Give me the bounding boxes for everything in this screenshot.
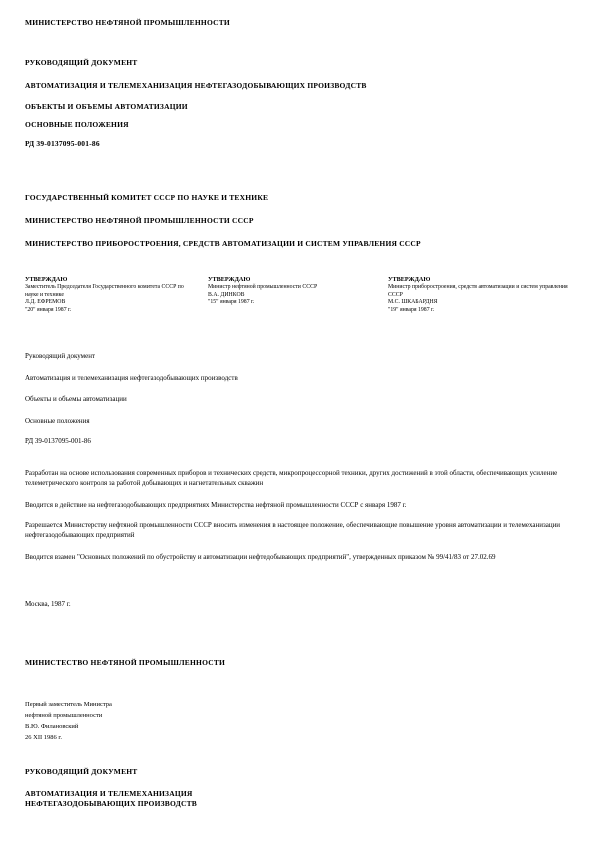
approval-block-instrument-ministry: УТВЕРЖДАЮ Министр приборостроения, средс… <box>388 276 573 314</box>
doc-title: АВТОМАТИЗАЦИЯ И ТЕЛЕМЕХАНИЗАЦИЯ НЕФТЕГАЗ… <box>25 81 573 90</box>
doc-subtitle-objects: ОБЪЕКТЫ И ОБЪЕМЫ АВТОМАТИЗАЦИИ <box>25 102 573 111</box>
footer-doc-type: РУКОВОДЯЩИЙ ДОКУМЕНТ <box>25 767 573 776</box>
approval-signer-name: Л.Д. ЕФРЕМОВ <box>25 299 187 307</box>
approval-signer-name: В.А. ДИНКОВ <box>208 292 380 300</box>
organization-state-committee: ГОСУДАРСТВЕННЫЙ КОМИТЕТ СССР ПО НАУКЕ И … <box>25 193 573 202</box>
doc-block-provisions: Основные положения <box>25 416 573 426</box>
approval-heading: УТВЕРЖДАЮ <box>388 276 573 284</box>
ministry-section-heading: МИНИСТЕСТВО НЕФТЯНОЙ ПРОМЫШЛЕННОСТИ <box>25 658 573 667</box>
doc-block-number: РД 39-0137095-001-86 <box>25 436 573 446</box>
approval-heading: УТВЕРЖДАЮ <box>208 276 380 284</box>
footer-title-line1: АВТОМАТИЗАЦИЯ И ТЕЛЕМЕХАНИЗАЦИЯ <box>25 789 573 799</box>
paragraph-replaces-previous: Вводится взамен "Основных положений по о… <box>25 552 573 562</box>
signature-position-line1: Первый заместитель Министра <box>25 699 573 710</box>
doc-number: РД 39-0137095-001-86 <box>25 139 573 148</box>
doc-block-objects: Объекты и объемы автоматизации <box>25 394 573 404</box>
city-year-line: Москва, 1987 г. <box>25 599 573 609</box>
top-ministry-heading: МИНИСТЕРСТВО НЕФТЯНОЙ ПРОМЫШЛЕННОСТИ <box>25 18 573 27</box>
organization-oil-ministry: МИНИСТЕРСТВО НЕФТЯНОЙ ПРОМЫШЛЕННОСТИ ССС… <box>25 216 573 225</box>
paragraph-comes-into-force: Вводится в действие на нефтегазодобывающ… <box>25 500 573 510</box>
approval-date: "15" января 1987 г. <box>208 299 380 307</box>
signature-date: 26 XII 1986 г. <box>25 732 573 743</box>
approval-block-oil-ministry: УТВЕРЖДАЮ Министр нефтяной промышленност… <box>208 276 380 307</box>
approval-position: Заместитель Председателя Государственног… <box>25 284 187 299</box>
signature-name: В.Ю. Филановский <box>25 721 573 732</box>
doc-block-title: Автоматизация и телемеханизация нефтегаз… <box>25 373 573 383</box>
organization-instrument-ministry: МИНИСТЕРСТВО ПРИБОРОСТРОЕНИЯ, СРЕДСТВ АВ… <box>25 239 573 248</box>
doc-subtitle-provisions: ОСНОВНЫЕ ПОЛОЖЕНИЯ <box>25 120 573 129</box>
approval-date: "19" января 1987 г. <box>388 307 573 315</box>
approval-heading: УТВЕРЖДАЮ <box>25 276 187 284</box>
doc-type-heading: РУКОВОДЯЩИЙ ДОКУМЕНТ <box>25 58 573 67</box>
approvals-row: УТВЕРЖДАЮ Заместитель Председателя Госуд… <box>25 276 573 326</box>
signature-position-line2: нефтяной промышленности <box>25 710 573 721</box>
paragraph-amendments-allowed: Разрешается Министерству нефтяной промыш… <box>25 520 573 540</box>
document-page: МИНИСТЕРСТВО НЕФТЯНОЙ ПРОМЫШЛЕННОСТИ РУК… <box>0 0 595 842</box>
paragraph-developed-on-basis: Разработан на основе использования совре… <box>25 468 573 488</box>
approval-position: Министр нефтяной промышленности СССР <box>208 284 380 292</box>
doc-block-type: Руководящий документ <box>25 351 573 361</box>
footer-title-line2: НЕФТЕГАЗОДОБЫВАЮЩИХ ПРОИЗВОДСТВ <box>25 799 573 809</box>
approval-block-science-committee: УТВЕРЖДАЮ Заместитель Председателя Госуд… <box>25 276 187 314</box>
approval-position: Министр приборостроения, средств автомат… <box>388 284 573 299</box>
approval-signer-name: М.С. ШКАБАРДНЯ <box>388 299 573 307</box>
approval-date: "20" января 1987 г. <box>25 307 187 315</box>
signature-block: Первый заместитель Министра нефтяной про… <box>25 699 573 743</box>
